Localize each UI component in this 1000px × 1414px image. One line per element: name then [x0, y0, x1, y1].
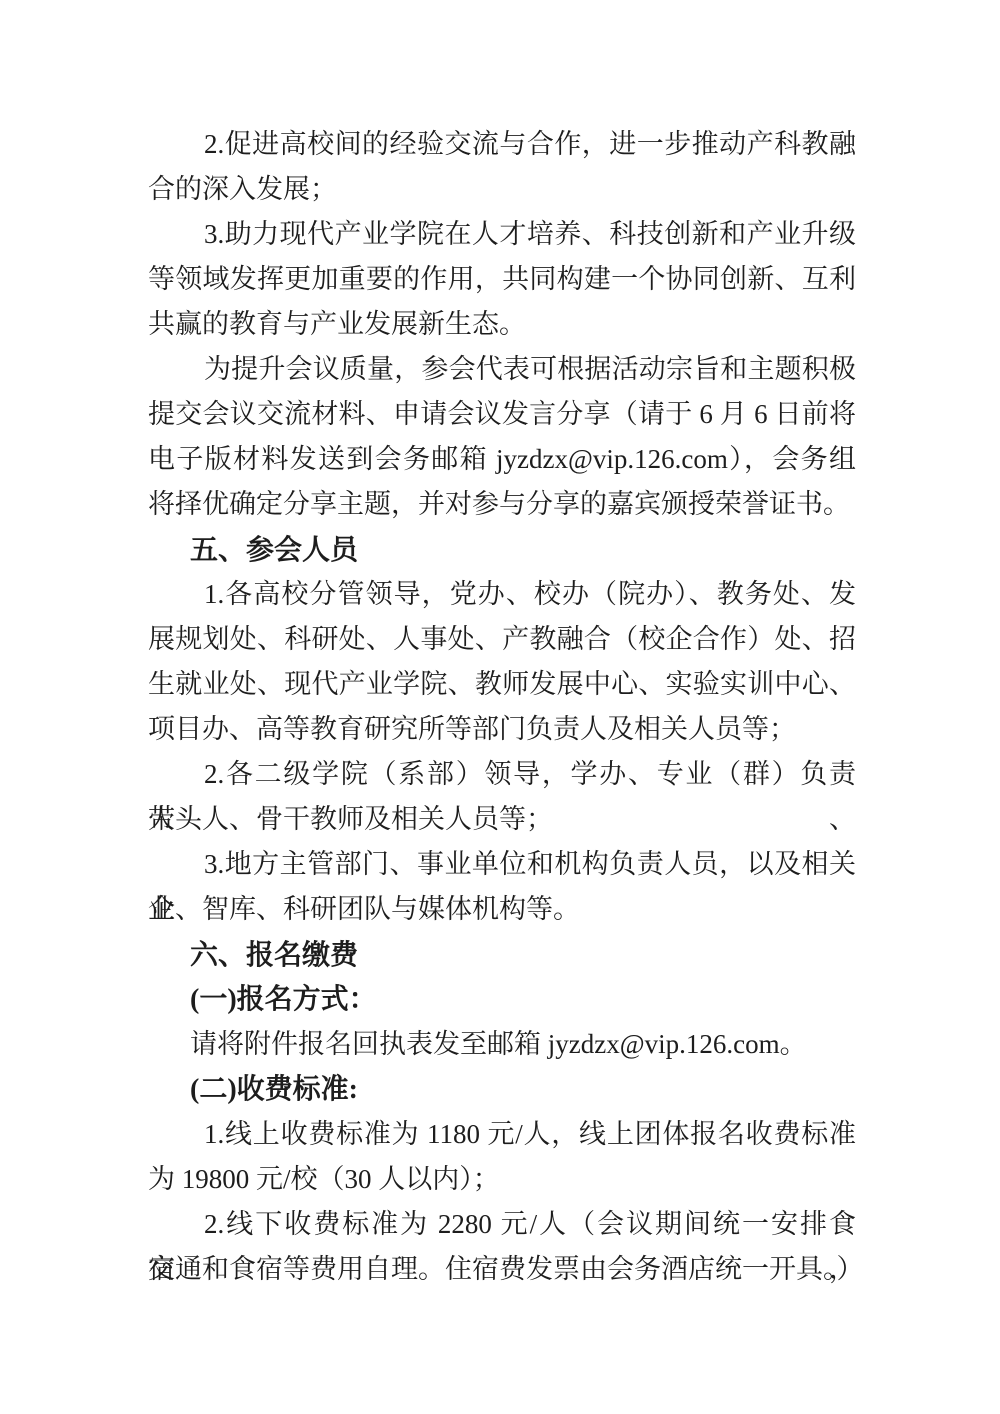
paragraph-fee-offline: 2.线下收费标准为 2280 元/人（会议期间统一安排食宿， 交通和食宿等费用自… — [148, 1202, 856, 1292]
doc-line: 等领域发挥更加重要的作用，共同构建一个协同创新、互利 — [148, 257, 856, 302]
doc-line: 交通和食宿等费用自理。住宿费发票由会务酒店统一开具。） — [148, 1247, 856, 1292]
doc-line: 电子版材料发送到会务邮箱 jyzdzx@vip.126.com），会务组 — [148, 437, 856, 482]
doc-line: 3.地方主管部门、事业单位和机构负责人员，以及相关企 — [148, 842, 856, 887]
doc-line: 将择优确定分享主题，并对参与分享的嘉宾颁授荣誉证书。 — [148, 482, 856, 527]
document-content: 2.促进高校间的经验交流与合作，进一步推动产科教融 合的深入发展； 3.助力现代… — [148, 122, 856, 1292]
doc-line: 1.各高校分管领导，党办、校办（院办）、教务处、发 — [148, 572, 856, 617]
document-page: 2.促进高校间的经验交流与合作，进一步推动产科教融 合的深入发展； 3.助力现代… — [0, 0, 1000, 1414]
doc-line: 共赢的教育与产业发展新生态。 — [148, 302, 856, 347]
paragraph-support-colleges: 3.助力现代产业学院在人才培养、科技创新和产业升级 等领域发挥更加重要的作用，共… — [148, 212, 856, 347]
doc-line: 2.线下收费标准为 2280 元/人（会议期间统一安排食宿， — [148, 1202, 856, 1247]
subheading-fee-standard: (二)收费标准: — [148, 1067, 856, 1112]
doc-line: 2.促进高校间的经验交流与合作，进一步推动产科教融 — [148, 122, 856, 167]
doc-line: 提交会议交流材料、申请会议发言分享（请于 6 月 6 日前将 — [148, 392, 856, 437]
paragraph-participants-1: 1.各高校分管领导，党办、校办（院办）、教务处、发 展规划处、科研处、人事处、产… — [148, 572, 856, 752]
doc-line: 展规划处、科研处、人事处、产教融合（校企合作）处、招 — [148, 617, 856, 662]
doc-line: 项目办、高等教育研究所等部门负责人及相关人员等； — [148, 707, 856, 752]
subheading-registration-method: (一)报名方式： — [148, 977, 856, 1022]
doc-line: 业、智库、科研团队与媒体机构等。 — [148, 887, 856, 932]
section-title: 六、报名缴费 — [148, 932, 856, 977]
doc-line: 为 19800 元/校（30 人以内）； — [148, 1157, 856, 1202]
paragraph-promote-exchange: 2.促进高校间的经验交流与合作，进一步推动产科教融 合的深入发展； — [148, 122, 856, 212]
doc-line: 请将附件报名回执表发至邮箱 jyzdzx@vip.126.com。 — [148, 1022, 856, 1067]
paragraph-participants-3: 3.地方主管部门、事业单位和机构负责人员，以及相关企 业、智库、科研团队与媒体机… — [148, 842, 856, 932]
subsection-title: (一)报名方式： — [148, 977, 856, 1022]
paragraph-participants-2: 2.各二级学院（系部）领导，学办、专业（群）负责人、 带头人、骨干教师及相关人员… — [148, 752, 856, 842]
paragraph-registration-method: 请将附件报名回执表发至邮箱 jyzdzx@vip.126.com。 — [148, 1022, 856, 1067]
doc-line: 合的深入发展； — [148, 167, 856, 212]
doc-line: 1.线上收费标准为 1180 元/人，线上团体报名收费标准 — [148, 1112, 856, 1157]
doc-line: 生就业处、现代产业学院、教师发展中心、实验实训中心、 — [148, 662, 856, 707]
paragraph-fee-online: 1.线上收费标准为 1180 元/人，线上团体报名收费标准 为 19800 元/… — [148, 1112, 856, 1202]
section-heading-registration: 六、报名缴费 — [148, 932, 856, 977]
doc-line: 2.各二级学院（系部）领导，学办、专业（群）负责人、 — [148, 752, 856, 797]
paragraph-material-submission: 为提升会议质量，参会代表可根据活动宗旨和主题积极 提交会议交流材料、申请会议发言… — [148, 347, 856, 527]
section-heading-participants: 五、参会人员 — [148, 527, 856, 572]
doc-line: 为提升会议质量，参会代表可根据活动宗旨和主题积极 — [148, 347, 856, 392]
section-title: 五、参会人员 — [148, 527, 856, 572]
subsection-title: (二)收费标准: — [148, 1067, 856, 1112]
doc-line: 3.助力现代产业学院在人才培养、科技创新和产业升级 — [148, 212, 856, 257]
